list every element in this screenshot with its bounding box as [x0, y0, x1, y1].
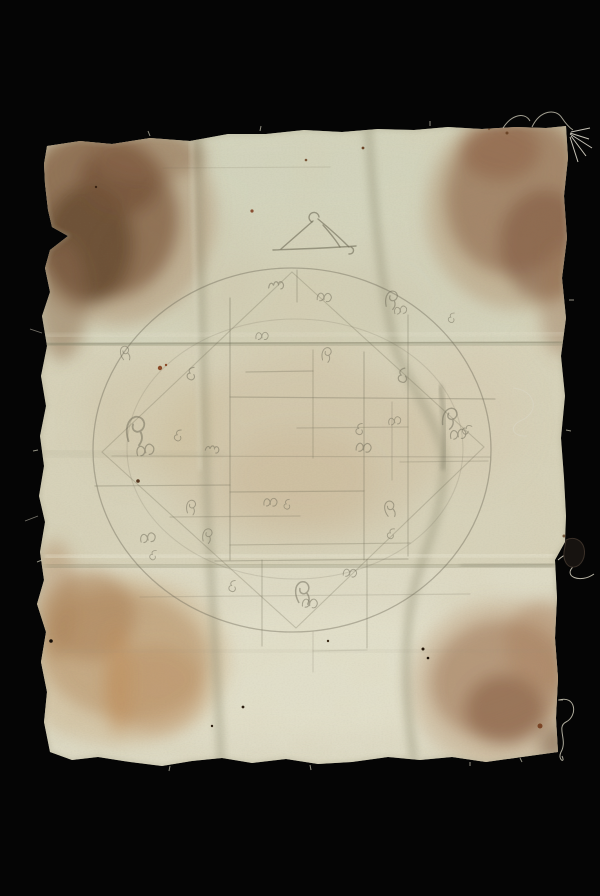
dark-thread-bundle — [564, 538, 585, 567]
artifact-photo — [0, 0, 600, 896]
rust-spot — [158, 366, 162, 370]
photo-canvas — [0, 0, 600, 896]
grain-texture — [30, 120, 575, 770]
cloth-surface — [0, 100, 600, 770]
